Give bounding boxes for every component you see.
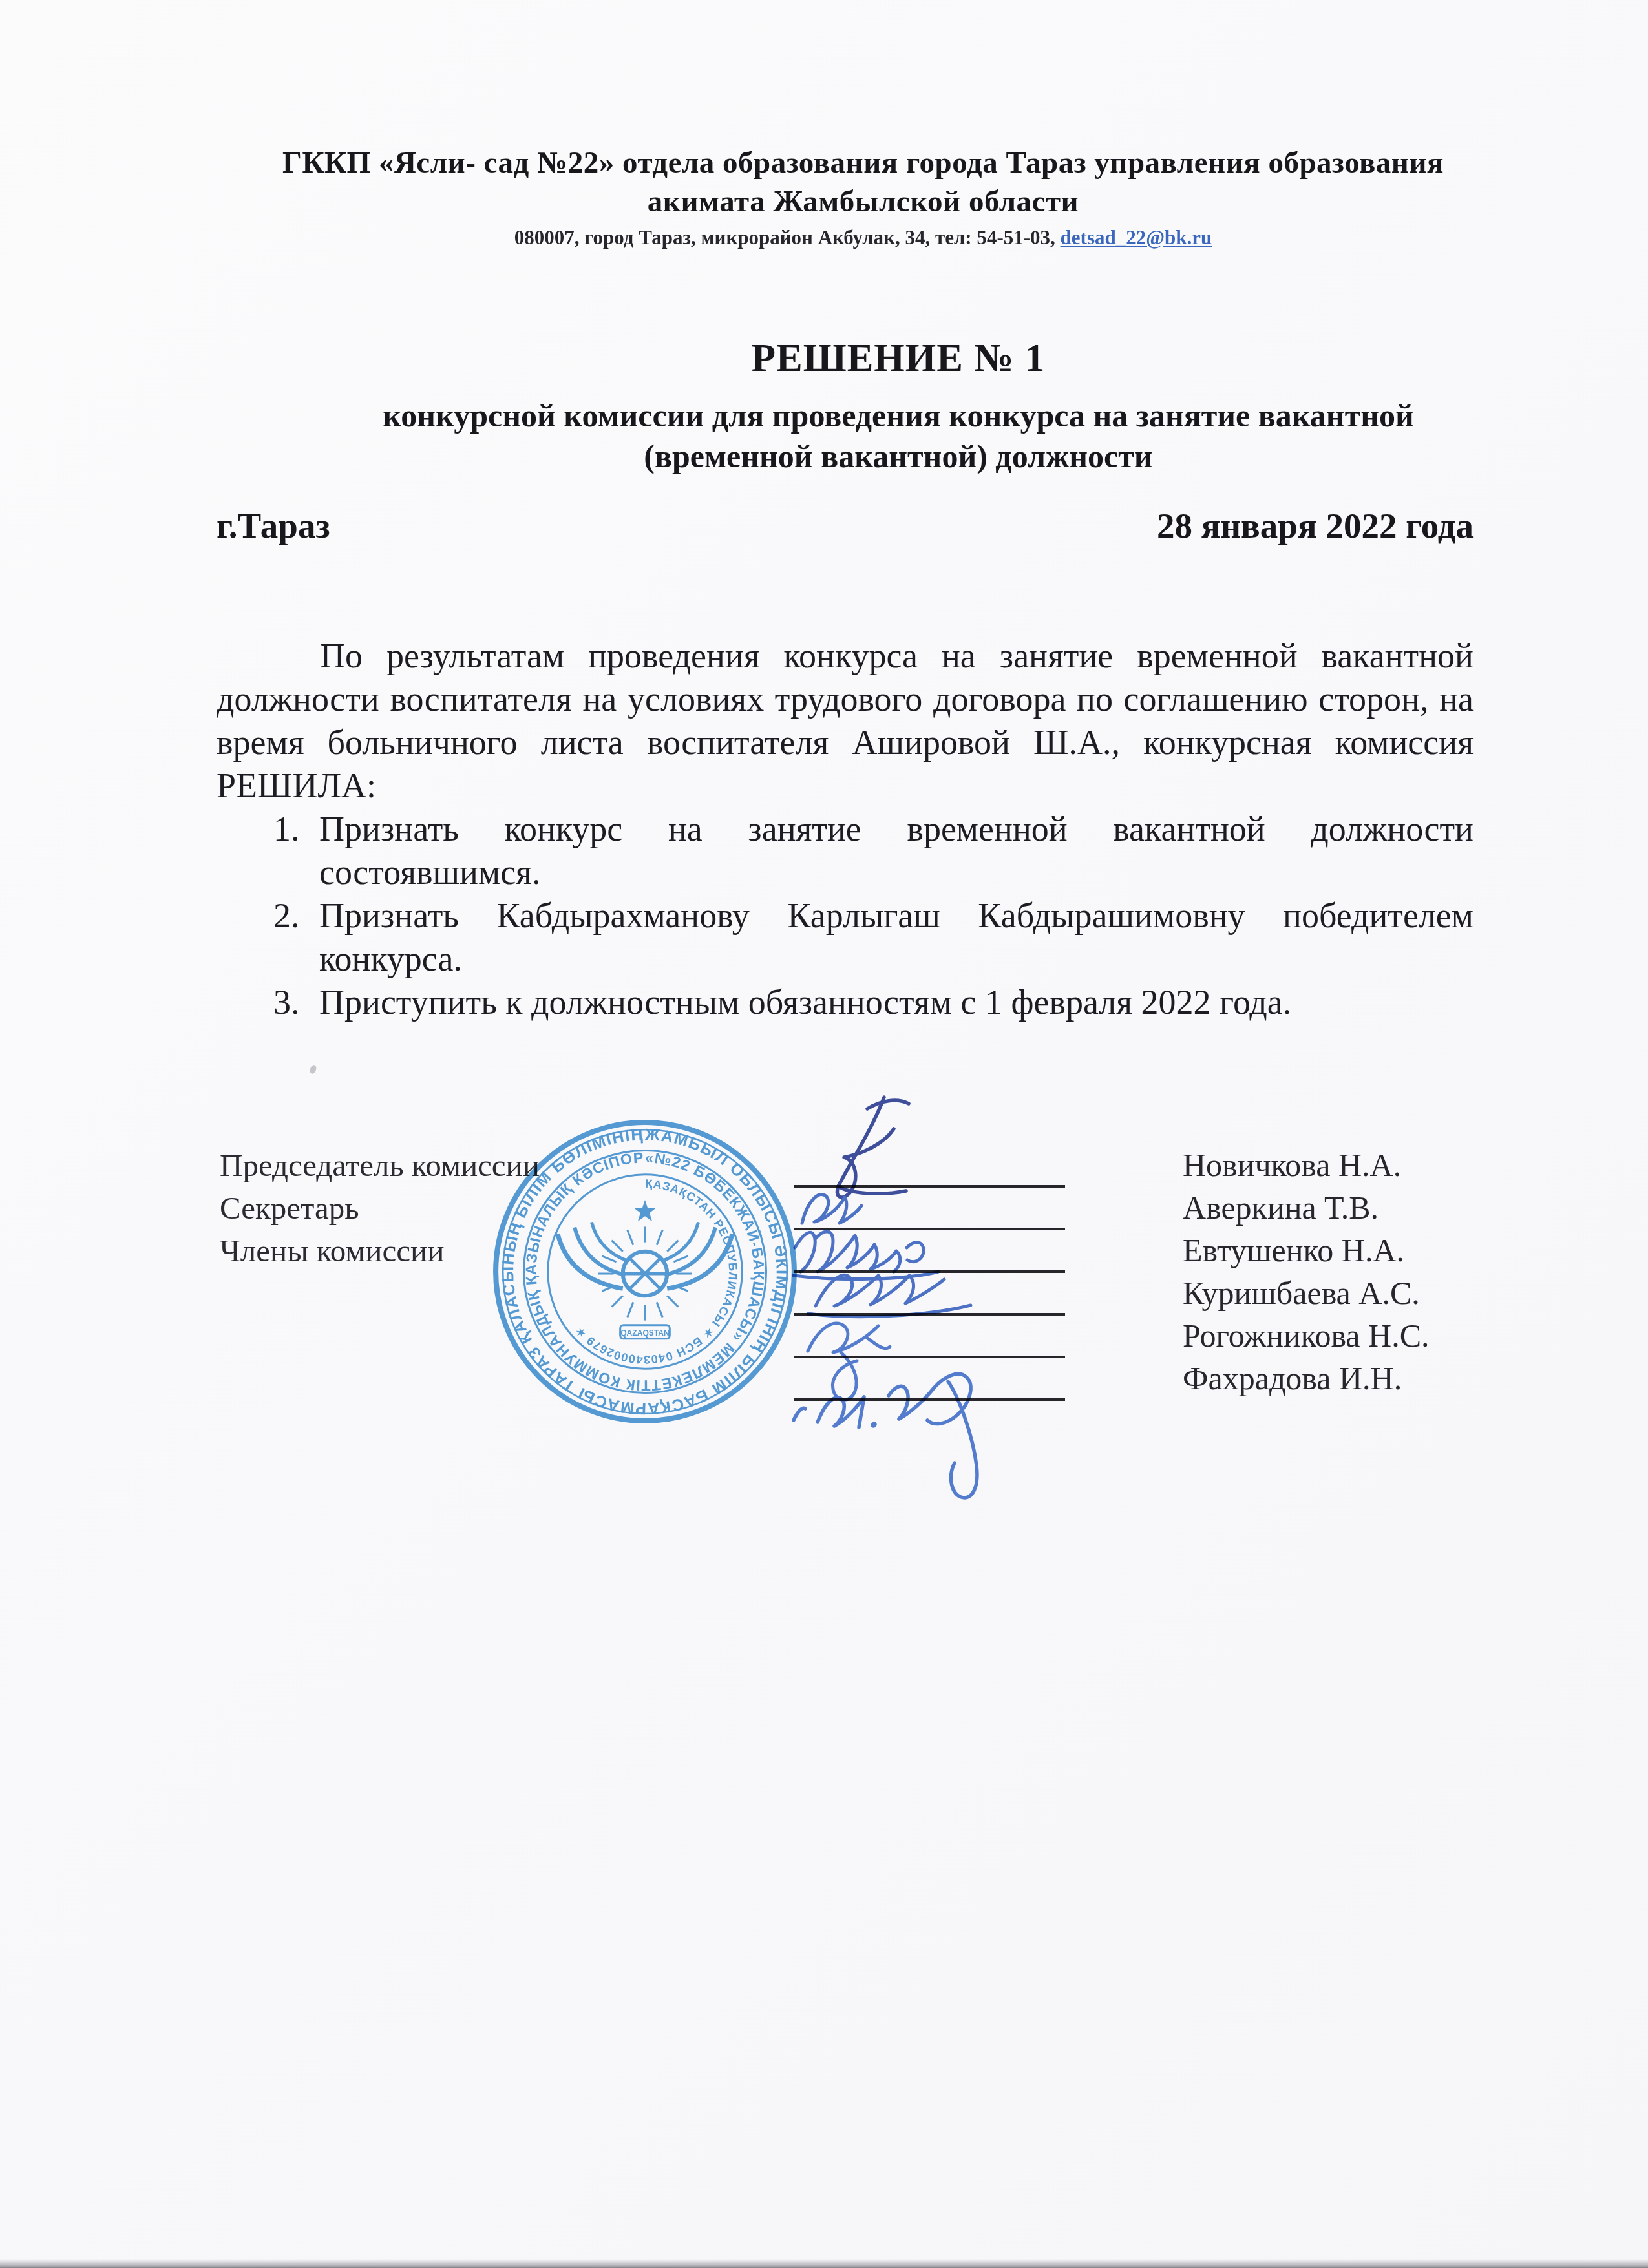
- list-item-number: 2.: [273, 894, 300, 938]
- signature-ink-5: [808, 1323, 890, 1400]
- signatory-name: Новичкова Н.А.: [1183, 1146, 1401, 1184]
- signatory-name: Рогожникова Н.С.: [1183, 1317, 1430, 1354]
- signature-ink-3: [794, 1232, 938, 1279]
- signatory-name: Евтушенко Н.А.: [1183, 1232, 1404, 1269]
- handwritten-signatures: [711, 1034, 1163, 1551]
- scanner-edge-shadow: [0, 2259, 1648, 2268]
- signature-ink-1: [837, 1097, 909, 1197]
- subtitle-line1: конкурсной комиссии для проведения конку…: [383, 397, 1414, 434]
- list-item-text: Признать конкурс на занятие временной ва…: [319, 810, 1474, 892]
- signatory-role: Члены комиссии: [220, 1232, 445, 1269]
- document-subtitle: конкурсной комиссии для проведения конку…: [323, 395, 1474, 477]
- signatory-name: Куришбаева А.С.: [1183, 1274, 1420, 1312]
- contact-line: 080007, город Тараз, микрорайон Акбулак,…: [235, 226, 1492, 249]
- city-label: г.Тараз: [217, 505, 330, 546]
- signature-ink-2: [802, 1194, 861, 1223]
- letterhead: ГККП «Ясли- сад №22» отдела образования …: [217, 143, 1492, 249]
- date-label: 28 января 2022 года: [1157, 505, 1474, 546]
- org-name-line1: ГККП «Ясли- сад №22» отдела образования …: [235, 143, 1492, 182]
- list-item-number: 1.: [273, 808, 300, 851]
- title-block: РЕШЕНИЕ № 1 конкурсной комиссии для пров…: [217, 336, 1474, 477]
- document-body: По результатам проведения конкурса на за…: [217, 635, 1474, 1024]
- signatory-role: Секретарь: [220, 1190, 359, 1226]
- list-item-text: Признать Кабдырахманову Карлыгаш Кабдыра…: [319, 896, 1474, 978]
- signature-ink-4: [808, 1275, 971, 1316]
- meta-row: г.Тараз 28 января 2022 года: [217, 505, 1474, 546]
- list-item: 1. Признать конкурс на занятие временной…: [273, 808, 1474, 894]
- body-paragraph: По результатам проведения конкурса на за…: [217, 635, 1474, 808]
- stamp-center-label: QAZAQSTAN: [620, 1328, 670, 1338]
- scan-speck: [309, 1064, 317, 1075]
- email-link[interactable]: detsad_22@bk.ru: [1061, 226, 1212, 249]
- list-item-number: 3.: [273, 981, 300, 1024]
- org-name-line2: акимата Жамбылской области: [235, 182, 1492, 221]
- signatory-name: Аверкина Т.В.: [1183, 1189, 1379, 1226]
- scanned-document-page: ГККП «Ясли- сад №22» отдела образования …: [0, 0, 1648, 2268]
- list-item: 2. Признать Кабдырахманову Карлыгаш Кабд…: [273, 894, 1474, 981]
- decision-list: 1. Признать конкурс на занятие временной…: [273, 808, 1474, 1024]
- subtitle-line2: (временной вакантной) должности: [644, 438, 1152, 474]
- list-item: 3. Приступить к должностным обязанностям…: [273, 981, 1474, 1024]
- document-heading: РЕШЕНИЕ № 1: [323, 336, 1474, 381]
- signatory-name: Фахрадова И.Н.: [1183, 1360, 1402, 1397]
- list-item-text: Приступить к должностным обязанностям с …: [319, 983, 1291, 1022]
- signature-ink-6: [794, 1374, 977, 1498]
- stamp-emblem-icon: QAZAQSTAN: [558, 1200, 732, 1339]
- contact-address: 080007, город Тараз, микрорайон Акбулак,…: [514, 226, 1061, 249]
